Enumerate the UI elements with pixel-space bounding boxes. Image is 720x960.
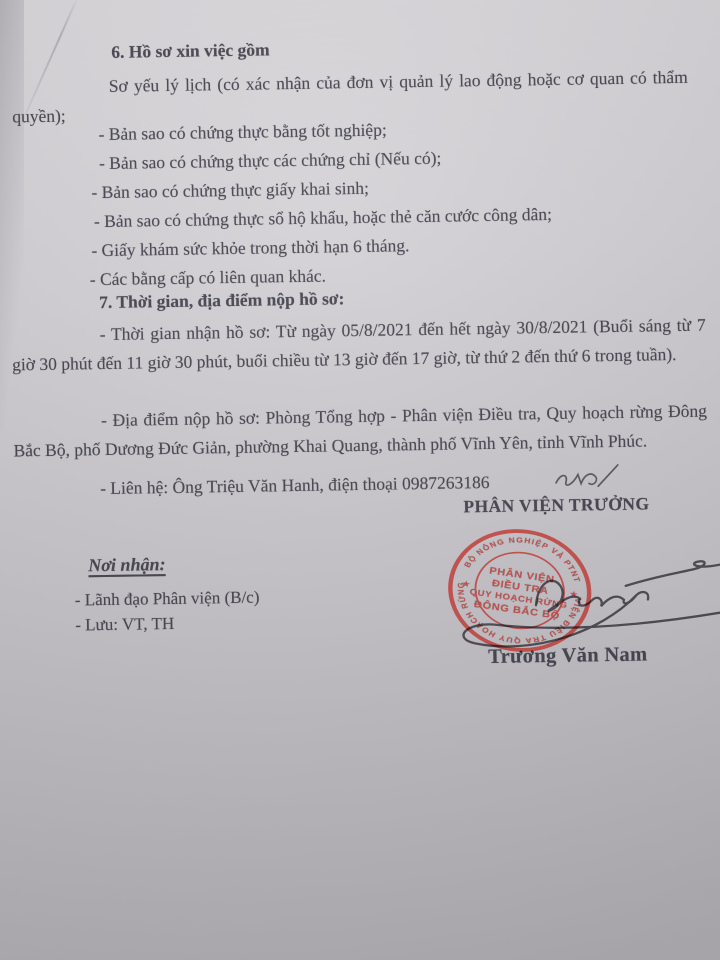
document-content: 6. Hồ sơ xin việc gồm Sơ yếu lý lịch (có… [0,0,720,960]
submission-time-paragraph: - Thời gian nhận hồ sơ: Từ ngày 05/8/202… [11,311,706,380]
recipient-item: - Lãnh đạo Phân viện (B/c) [75,585,260,613]
section6-heading: 6. Hồ sơ xin việc gồm [111,39,270,62]
signer-title: PHÂN VIỆN TRƯỞNG [415,493,697,518]
section6-item-list: - Bản sao có chứng thực bằng tốt nghiệp;… [98,113,553,294]
recipients-heading: Nơi nhận: [88,554,166,576]
scanned-document-page: 6. Hồ sơ xin việc gồm Sơ yếu lý lịch (có… [0,0,720,960]
handwritten-mark [552,461,624,492]
recipients-list: - Lãnh đạo Phân viện (B/c) - Lưu: VT, TH [75,585,260,638]
section7-heading: 7. Thời gian, địa điểm nộp hồ sơ: [99,288,344,313]
pen-signature [439,550,720,666]
submission-place-paragraph: - Địa điểm nộp hồ sơ: Phòng Tổng hợp - P… [13,397,708,466]
recipient-item: - Lưu: VT, TH [75,610,260,638]
